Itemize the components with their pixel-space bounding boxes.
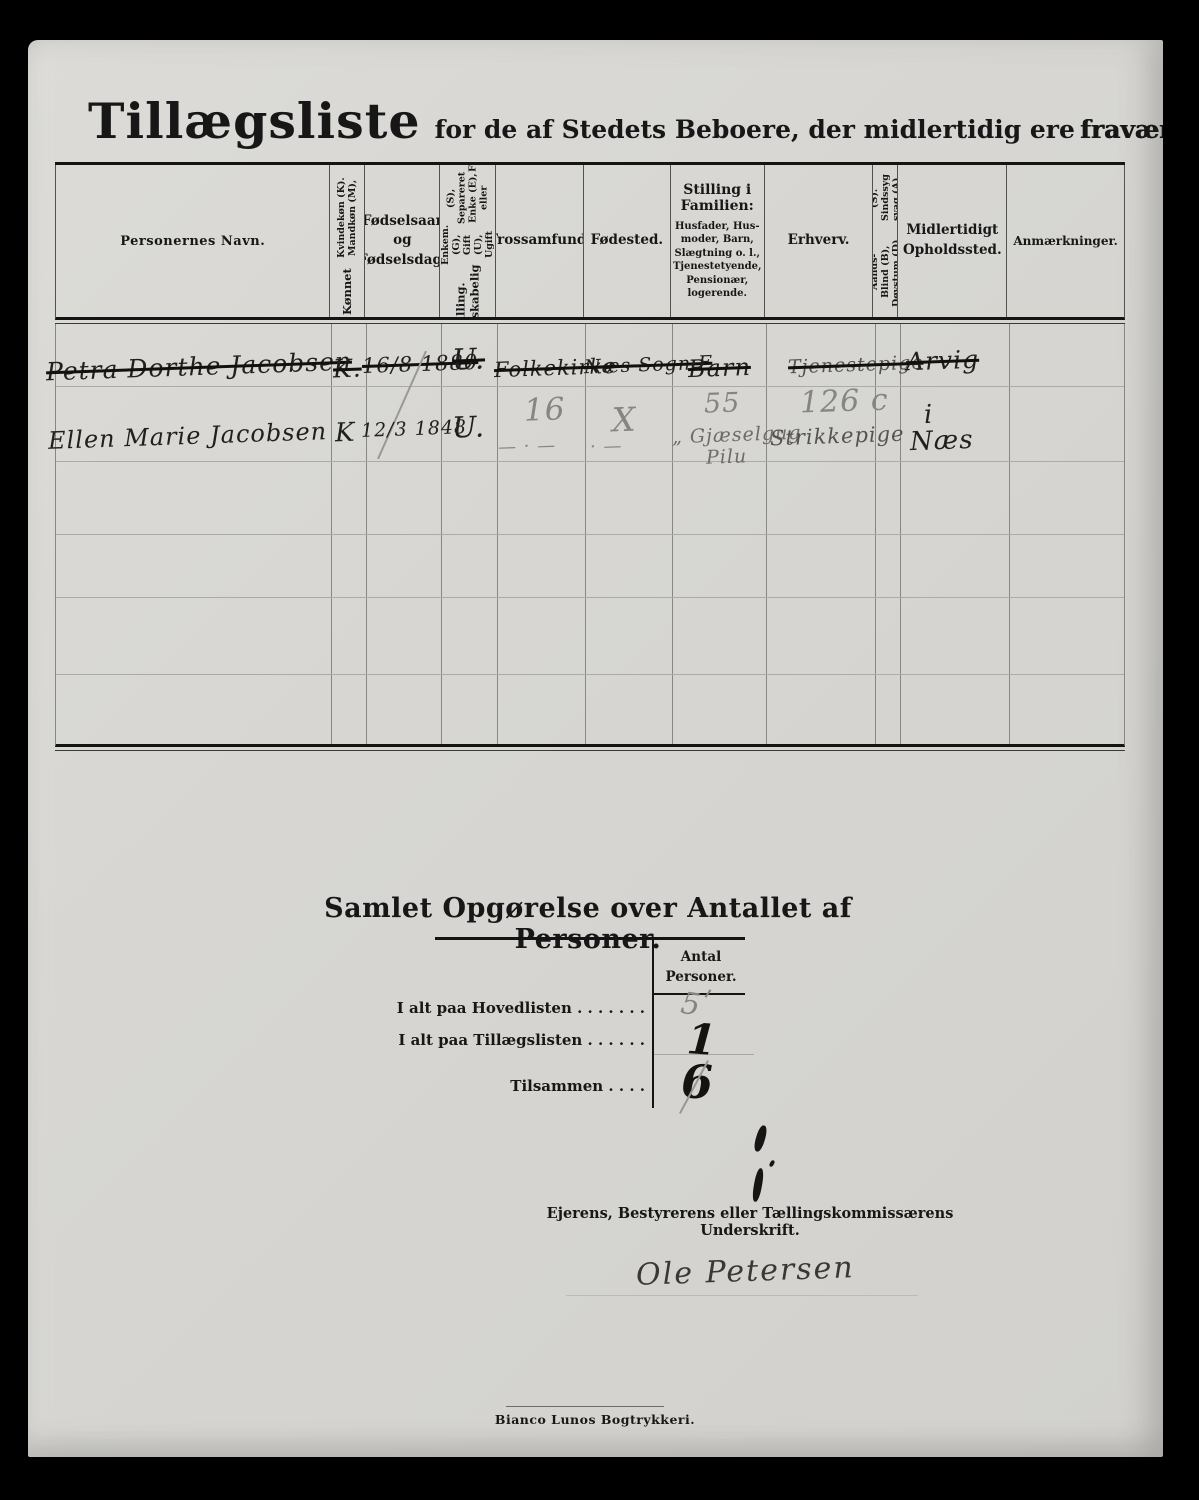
header-family-main: Stilling i Familien: xyxy=(671,182,764,214)
header-remarks: Anmærkninger. xyxy=(1007,165,1124,317)
header-marital-sub2: eller Enke (E), Separeret (S), xyxy=(446,172,490,224)
header-name: Personernes Navn. xyxy=(56,165,330,317)
row2-sex: K xyxy=(334,418,355,449)
page-title: Tillægslistefor de af Stedets Beboere, d… xyxy=(88,92,1118,150)
summary-label-hovedlisten: I alt paa Hovedlisten . . . . . . . xyxy=(345,999,645,1017)
row1-marital: U. xyxy=(451,341,485,376)
row2-family-line2: Pilu xyxy=(706,445,748,468)
summary-top-rule xyxy=(435,937,745,940)
table-header-row: Personernes Navn. Kønnet Mandkøn (M), Kv… xyxy=(55,165,1125,320)
persons-table: Personernes Navn. Kønnet Mandkøn (M), Kv… xyxy=(55,162,1125,751)
header-disability-line1: Døvstum (D), Blind (B), Aands- xyxy=(873,229,898,315)
header-sex-main: Kønnet xyxy=(340,268,354,315)
row1-occupation: Tjenestepige xyxy=(788,352,924,379)
row-line xyxy=(56,386,1124,387)
row1-name: Petra Dorthe Jacobsen xyxy=(46,347,353,387)
summary-label-tilsammen: Tilsammen . . . . xyxy=(345,1077,645,1095)
row2-name: Ellen Marie Jacobsen xyxy=(48,417,328,455)
summary-column-header: Antal Personer. xyxy=(657,947,745,988)
row1-residence: Arvig xyxy=(906,345,980,377)
summary-table: Antal Personer. I alt paa Hovedlisten . … xyxy=(435,937,747,1112)
header-marital-main: Ægteskabelig Stilling. xyxy=(454,265,482,317)
title-subtitle: for de af Stedets Beboere, der midlertid… xyxy=(435,115,1075,144)
summary-divider xyxy=(652,940,654,1108)
row-line xyxy=(56,597,1124,598)
row2-faith-pencil-note: 16 xyxy=(523,391,566,428)
row2-occupation: Strikkepige xyxy=(770,422,905,451)
printer-imprint: Bianco Lunos Bogtrykkeri. xyxy=(460,1412,730,1427)
row2-marital: U. xyxy=(451,409,485,444)
census-form-page: Tillægslistefor de af Stedets Beboere, d… xyxy=(28,40,1163,1457)
signature-line xyxy=(566,1295,918,1296)
header-marital: Ægteskabelig Stilling. Ugift (U), Gift (… xyxy=(440,165,496,317)
header-birthplace: Fødested. xyxy=(584,165,671,317)
title-main: Tillægsliste xyxy=(88,92,421,150)
header-marital-sub3: Fraskilt (F). xyxy=(457,165,479,172)
header-family-sub: Husfader, Hus-moder, Barn, Slægtning o. … xyxy=(671,220,765,301)
ink-dot xyxy=(769,1159,776,1167)
scan-background: { "title": { "main": "Tillægsliste", "re… xyxy=(0,0,1199,1500)
row1-sex: K. xyxy=(333,354,363,384)
signature-caption: Ejerens, Bestyrerens eller Tællingskommi… xyxy=(495,1205,1005,1239)
row-line xyxy=(56,674,1124,675)
header-temporary-residence: Midlertidigt Opholdssted. xyxy=(898,165,1007,317)
row2-residence: Næs xyxy=(909,425,974,457)
row2-birthplace-pencil-note: X xyxy=(611,400,637,440)
printer-rule xyxy=(506,1406,664,1407)
table-bottom-double-rule xyxy=(55,750,1125,751)
ink-mark xyxy=(752,1124,768,1152)
row2-faith-ditto: — · — xyxy=(498,435,557,458)
row2-birthplace-ditto: · — xyxy=(590,435,623,457)
title-subtitle-emphasis: fraværende. xyxy=(1080,115,1163,144)
row-line xyxy=(56,461,1124,462)
ink-mark xyxy=(751,1168,765,1203)
summary-label-tillaegslisten: I alt paa Tillægslisten . . . . . . xyxy=(345,1031,645,1049)
row2-occupation-pencil-note: 126 c xyxy=(799,382,889,420)
row1-family-position: Barn xyxy=(688,353,752,383)
table-body: Petra Dorthe Jacobsen K. 16/8 1880 U. Fo… xyxy=(55,324,1125,747)
header-occupation: Erhverv. xyxy=(765,165,874,317)
header-faith: Trossamfund. xyxy=(496,165,584,317)
header-marital-sub1: Ugift (U), Gift (G), Enkem. xyxy=(440,224,495,264)
row-line xyxy=(56,534,1124,535)
header-disability-line2: svag (A), Sindssyg (S). xyxy=(873,167,898,229)
header-birthdate: Fødselsaar og Fødselsdag. xyxy=(365,165,440,317)
header-sex: Kønnet Mandkøn (M), Kvindekøn (K). xyxy=(330,165,365,317)
header-sex-sub: Mandkøn (M), Kvindekøn (K). xyxy=(336,167,358,268)
row2-family-pencil-note: 55 xyxy=(703,387,740,419)
signature-handwriting: Ole Petersen xyxy=(635,1250,855,1293)
header-disability: Døvstum (D), Blind (B), Aands- svag (A),… xyxy=(873,165,898,317)
header-family-position: Stilling i Familien: Husfader, Hus-moder… xyxy=(671,165,765,317)
